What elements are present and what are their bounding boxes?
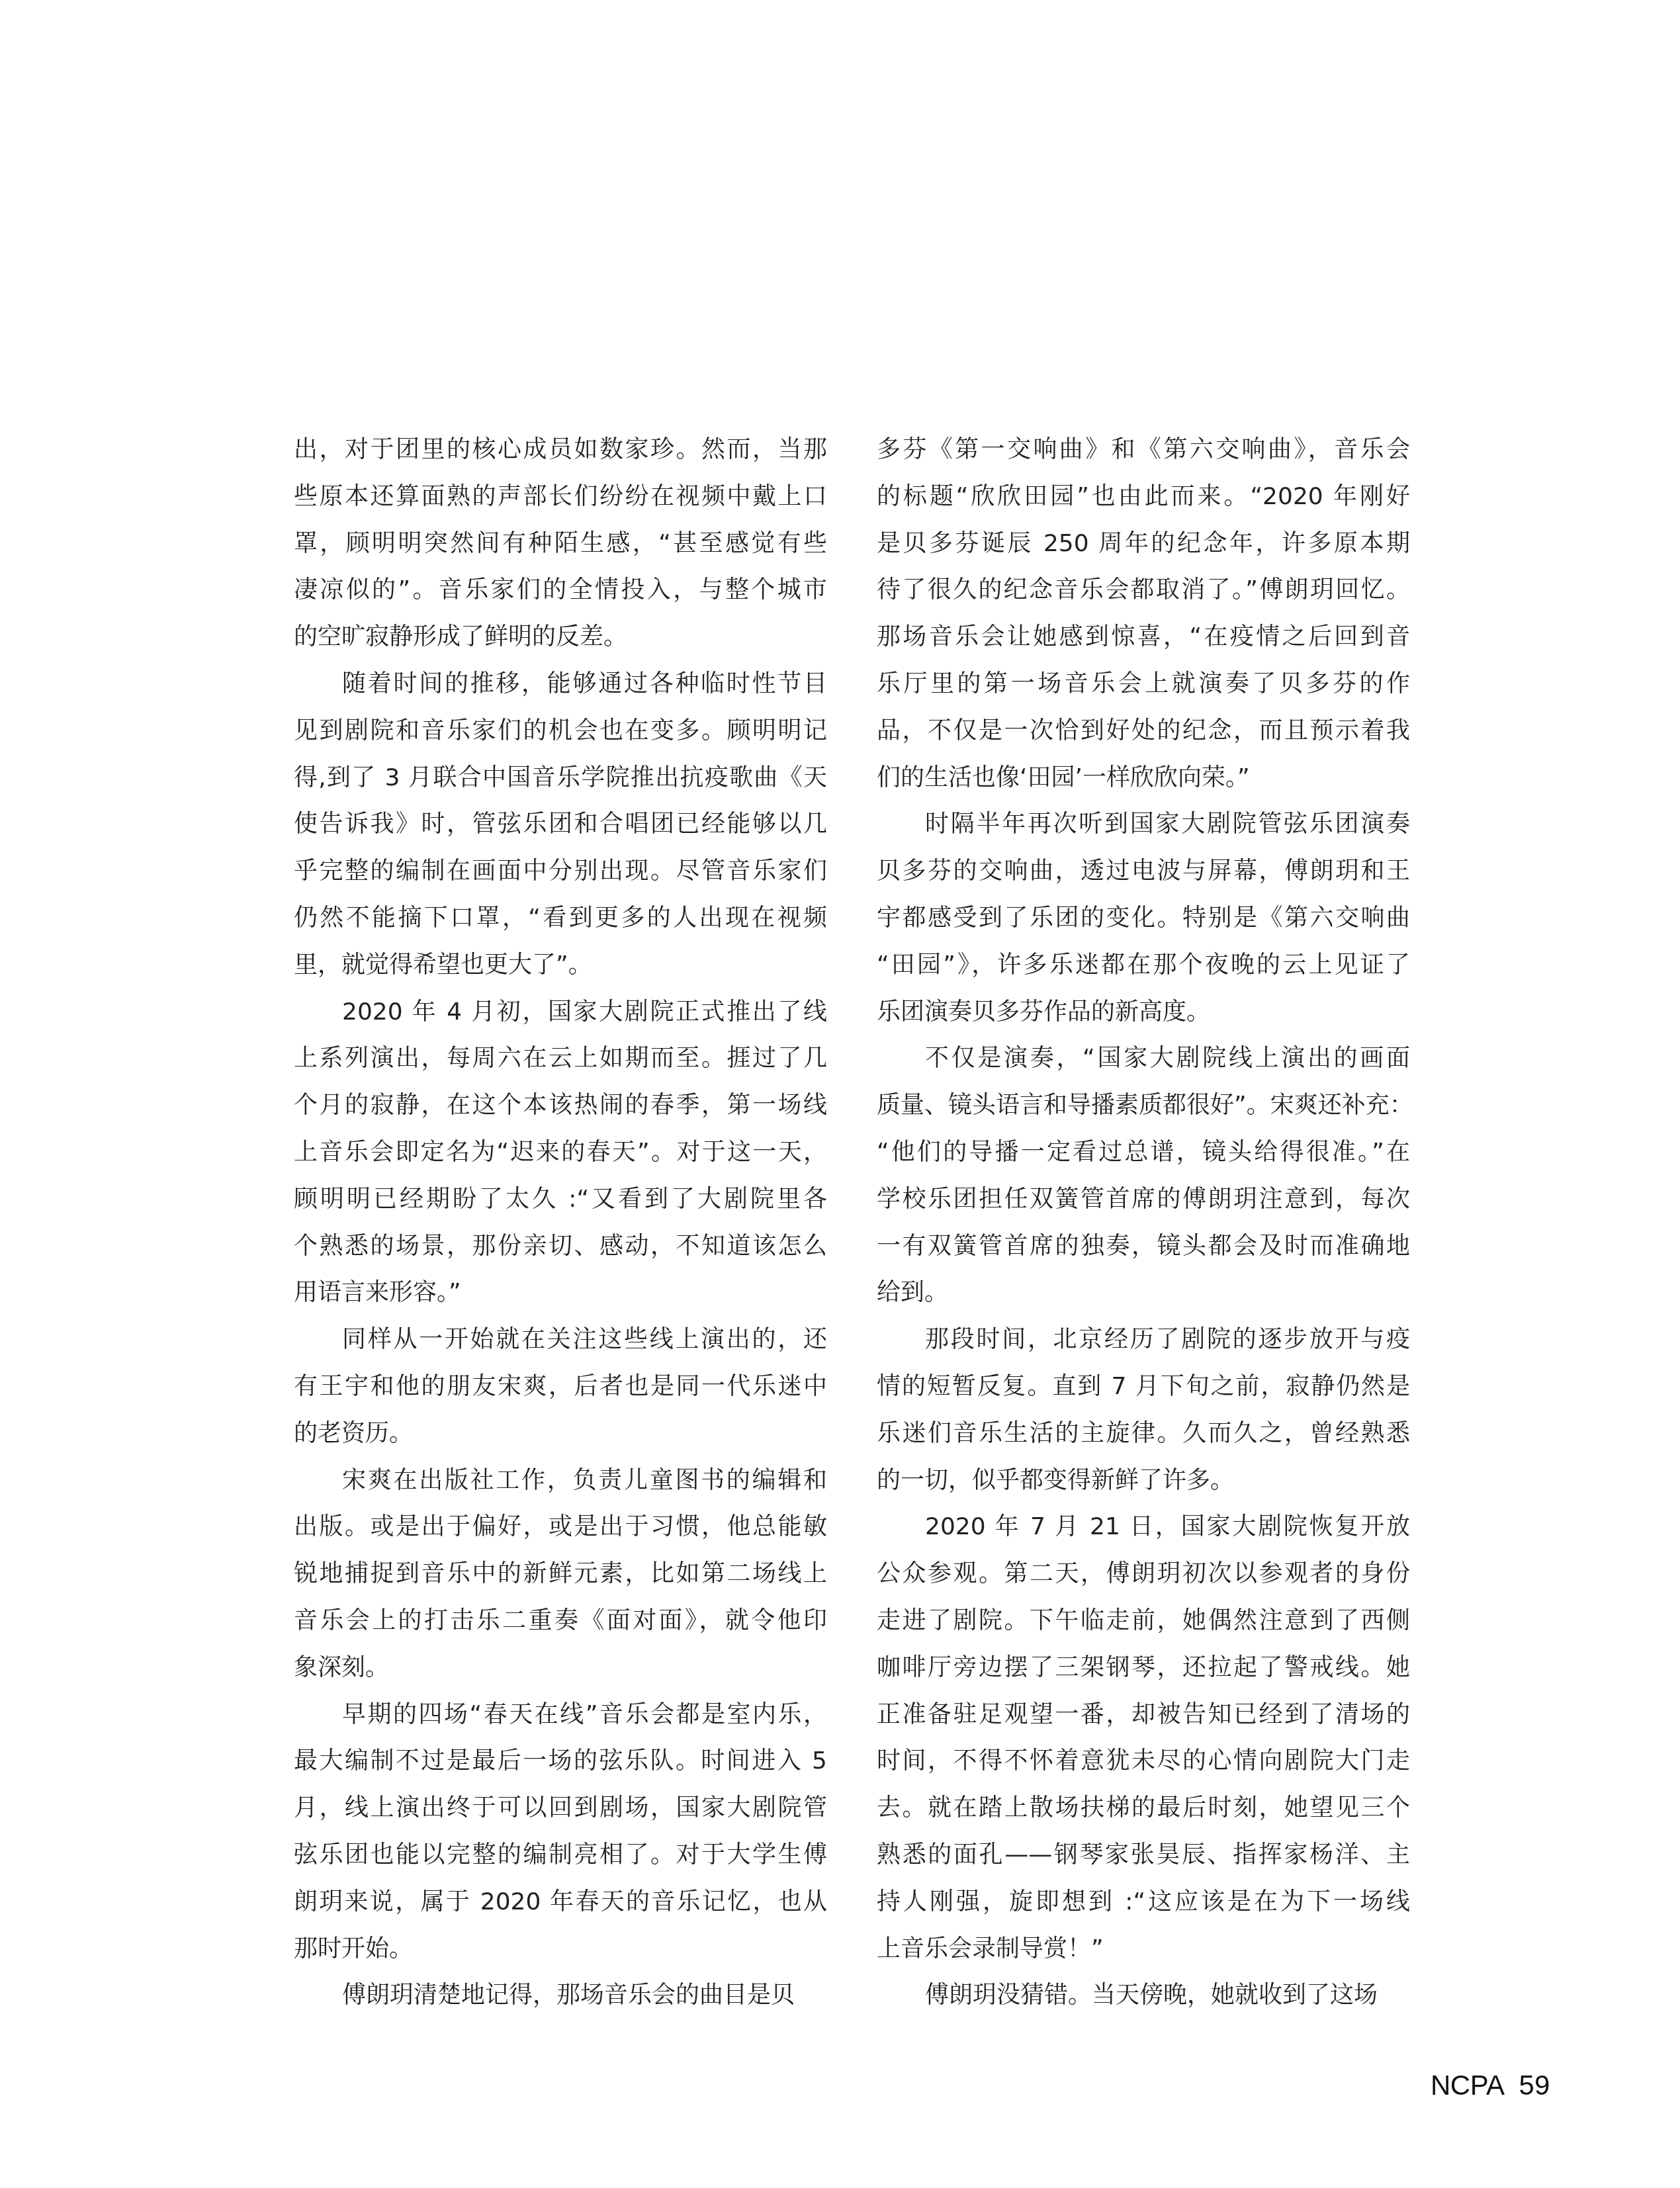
- publication-name: NCPA: [1431, 2070, 1505, 2101]
- text-line: 见到剧院和音乐家们的机会也在变多。顾明明记: [294, 713, 827, 760]
- text-line: “田园”》，许多乐迷都在那个夜晚的云上见证了: [877, 947, 1410, 994]
- text-line: 用语言来形容。”: [294, 1274, 827, 1321]
- text-line: 走进了剧院。下午临走前，她偶然注意到了西侧: [877, 1602, 1410, 1649]
- text-line: 月，线上演出终于可以回到剧场，国家大剧院管: [294, 1790, 827, 1837]
- text-line: 仍然不能摘下口罩，“看到更多的人出现在视频: [294, 900, 827, 947]
- article-paragraph: 早期的四场“春天在线”音乐会都是室内乐，最大编制不过是最后一场的弦乐队。时间进入…: [294, 1696, 827, 1978]
- text-line: 品，不仅是一次恰到好处的纪念，而且预示着我: [877, 713, 1410, 760]
- text-line: 2020 年 7 月 21 日，国家大剧院恢复开放: [877, 1509, 1410, 1555]
- text-line: 那时开始。: [294, 1931, 827, 1978]
- text-line: 多芬《第一交响曲》和《第六交响曲》，音乐会: [877, 431, 1410, 478]
- text-line: 傅朗玥没猜错。当天傍晚，她就收到了这场: [877, 1977, 1410, 2024]
- article-paragraph: 那段时间，北京经历了剧院的逐步放开与疫情的短暂反复。直到 7 月下旬之前，寂静仍…: [877, 1321, 1410, 1509]
- article-paragraph: 时隔半年再次听到国家大剧院管弦乐团演奏贝多芬的交响曲，透过电波与屏幕，傅朗玥和王…: [877, 806, 1410, 1040]
- text-line: 质量、镜头语言和导播素质都很好”。宋爽还补充：: [877, 1087, 1410, 1134]
- article-column-left: 出，对于团里的核心成员如数家珍。然而，当那些原本还算面熟的声部长们纷纷在视频中戴…: [294, 431, 827, 2024]
- text-line: 音乐会上的打击乐二重奏《面对面》，就令他印: [294, 1602, 827, 1649]
- text-line: 最大编制不过是最后一场的弦乐队。时间进入 5: [294, 1743, 827, 1790]
- article-column-right: 多芬《第一交响曲》和《第六交响曲》，音乐会的标题“欣欣田园”也由此而来。“202…: [877, 431, 1410, 2024]
- text-line: 熟悉的面孔——钢琴家张昊辰、指挥家杨洋、主: [877, 1837, 1410, 1884]
- text-line: 乐团演奏贝多芬作品的新高度。: [877, 994, 1410, 1041]
- text-line: 乐迷们音乐生活的主旋律。久而久之，曾经熟悉: [877, 1415, 1410, 1462]
- text-line: 乎完整的编制在画面中分别出现。尽管音乐家们: [294, 853, 827, 900]
- text-line: 正准备驻足观望一番，却被告知已经到了清场的: [877, 1696, 1410, 1743]
- text-line: 朗玥来说，属于 2020 年春天的音乐记忆，也从: [294, 1884, 827, 1931]
- text-line: 乐厅里的第一场音乐会上就演奏了贝多芬的作: [877, 666, 1410, 713]
- text-line: 使告诉我》时，管弦乐团和合唱团已经能够以几: [294, 806, 827, 853]
- text-line: 不仅是演奏，“国家大剧院线上演出的画面: [877, 1040, 1410, 1087]
- text-line: 咖啡厅旁边摆了三架钢琴，还拉起了警戒线。她: [877, 1649, 1410, 1696]
- article-paragraph: 2020 年 7 月 21 日，国家大剧院恢复开放公众参观。第二天，傅朗玥初次以…: [877, 1509, 1410, 1977]
- text-line: 随着时间的推移，能够通过各种临时性节目: [294, 666, 827, 713]
- text-line: 时间，不得不怀着意犹未尽的心情向剧院大门走: [877, 1743, 1410, 1790]
- article-paragraph: 宋爽在出版社工作，负责儿童图书的编辑和出版。或是出于偏好，或是出于习惯，他总能敏…: [294, 1462, 827, 1696]
- text-line: 象深刻。: [294, 1649, 827, 1696]
- text-line: 那段时间，北京经历了剧院的逐步放开与疫: [877, 1321, 1410, 1368]
- text-line: 傅朗玥清楚地记得，那场音乐会的曲目是贝: [294, 1977, 827, 2024]
- text-line: 待了很久的纪念音乐会都取消了。”傅朗玥回忆。: [877, 572, 1410, 619]
- article-paragraph: 出，对于团里的核心成员如数家珍。然而，当那些原本还算面熟的声部长们纷纷在视频中戴…: [294, 431, 827, 666]
- article-paragraph: 不仅是演奏，“国家大剧院线上演出的画面质量、镜头语言和导播素质都很好”。宋爽还补…: [877, 1040, 1410, 1321]
- article-paragraph: 多芬《第一交响曲》和《第六交响曲》，音乐会的标题“欣欣田园”也由此而来。“202…: [877, 431, 1410, 806]
- text-line: 的一切，似乎都变得新鲜了许多。: [877, 1462, 1410, 1509]
- text-line: 时隔半年再次听到国家大剧院管弦乐团演奏: [877, 806, 1410, 853]
- text-line: 们的生活也像‘田园’一样欣欣向荣。”: [877, 760, 1410, 807]
- text-line: 出版。或是出于偏好，或是出于习惯，他总能敏: [294, 1509, 827, 1555]
- text-line: 一有双簧管首席的独奏，镜头都会及时而准确地: [877, 1228, 1410, 1275]
- text-line: 罩，顾明明突然间有种陌生感，“甚至感觉有些: [294, 525, 827, 572]
- text-line: 的标题“欣欣田园”也由此而来。“2020 年刚好: [877, 478, 1410, 525]
- text-line: 的老资历。: [294, 1415, 827, 1462]
- page-number: 59: [1519, 2070, 1550, 2101]
- text-line: 早期的四场“春天在线”音乐会都是室内乐，: [294, 1696, 827, 1743]
- text-line: 凄凉似的”。音乐家们的全情投入，与整个城市: [294, 572, 827, 619]
- text-line: 2020 年 4 月初，国家大剧院正式推出了线: [294, 994, 827, 1041]
- page-footer: NCPA59: [1431, 2070, 1550, 2101]
- text-line: 出，对于团里的核心成员如数家珍。然而，当那: [294, 431, 827, 478]
- text-line: 去。就在踏上散场扶梯的最后时刻，她望见三个: [877, 1790, 1410, 1837]
- text-line: “他们的导播一定看过总谱，镜头给得很准。”在: [877, 1134, 1410, 1181]
- text-line: 弦乐团也能以完整的编制亮相了。对于大学生傅: [294, 1837, 827, 1884]
- text-line: 学校乐团担任双簧管首席的傅朗玥注意到，每次: [877, 1181, 1410, 1228]
- text-line: 个月的寂静，在这个本该热闹的春季，第一场线: [294, 1087, 827, 1134]
- article-paragraph: 傅朗玥清楚地记得，那场音乐会的曲目是贝: [294, 1977, 827, 2024]
- text-line: 得,到了 3 月联合中国音乐学院推出抗疫歌曲《天: [294, 760, 827, 807]
- text-line: 贝多芬的交响曲，透过电波与屏幕，傅朗玥和王: [877, 853, 1410, 900]
- text-line: 顾明明已经期盼了太久 :“又看到了大剧院里各: [294, 1181, 827, 1228]
- article-paragraph: 傅朗玥没猜错。当天傍晚，她就收到了这场: [877, 1977, 1410, 2024]
- text-line: 公众参观。第二天，傅朗玥初次以参观者的身份: [877, 1555, 1410, 1602]
- text-line: 里，就觉得希望也更大了”。: [294, 947, 827, 994]
- text-line: 宋爽在出版社工作，负责儿童图书的编辑和: [294, 1462, 827, 1509]
- article-paragraph: 同样从一开始就在关注这些线上演出的，还有王宇和他的朋友宋爽，后者也是同一代乐迷中…: [294, 1321, 827, 1462]
- text-line: 有王宇和他的朋友宋爽，后者也是同一代乐迷中: [294, 1368, 827, 1415]
- text-line: 宇都感受到了乐团的变化。特别是《第六交响曲: [877, 900, 1410, 947]
- text-line: 上音乐会即定名为“迟来的春天”。对于这一天，: [294, 1134, 827, 1181]
- text-line: 给到。: [877, 1274, 1410, 1321]
- article-paragraph: 2020 年 4 月初，国家大剧院正式推出了线上系列演出，每周六在云上如期而至。…: [294, 994, 827, 1322]
- text-line: 上音乐会录制导赏！”: [877, 1931, 1410, 1978]
- text-line: 是贝多芬诞辰 250 周年的纪念年，许多原本期: [877, 525, 1410, 572]
- article-paragraph: 随着时间的推移，能够通过各种临时性节目见到剧院和音乐家们的机会也在变多。顾明明记…: [294, 666, 827, 994]
- text-line: 情的短暂反复。直到 7 月下旬之前，寂静仍然是: [877, 1368, 1410, 1415]
- text-line: 同样从一开始就在关注这些线上演出的，还: [294, 1321, 827, 1368]
- magazine-page: 出，对于团里的核心成员如数家珍。然而，当那些原本还算面熟的声部长们纷纷在视频中戴…: [0, 0, 1680, 2188]
- text-line: 些原本还算面熟的声部长们纷纷在视频中戴上口: [294, 478, 827, 525]
- text-line: 锐地捕捉到音乐中的新鲜元素，比如第二场线上: [294, 1555, 827, 1602]
- text-line: 那场音乐会让她感到惊喜，“在疫情之后回到音: [877, 619, 1410, 666]
- text-line: 的空旷寂静形成了鲜明的反差。: [294, 619, 827, 666]
- text-line: 个熟悉的场景，那份亲切、感动，不知道该怎么: [294, 1228, 827, 1275]
- text-line: 上系列演出，每周六在云上如期而至。捱过了几: [294, 1040, 827, 1087]
- text-line: 持人刚强，旋即想到 :“这应该是在为下一场线: [877, 1884, 1410, 1931]
